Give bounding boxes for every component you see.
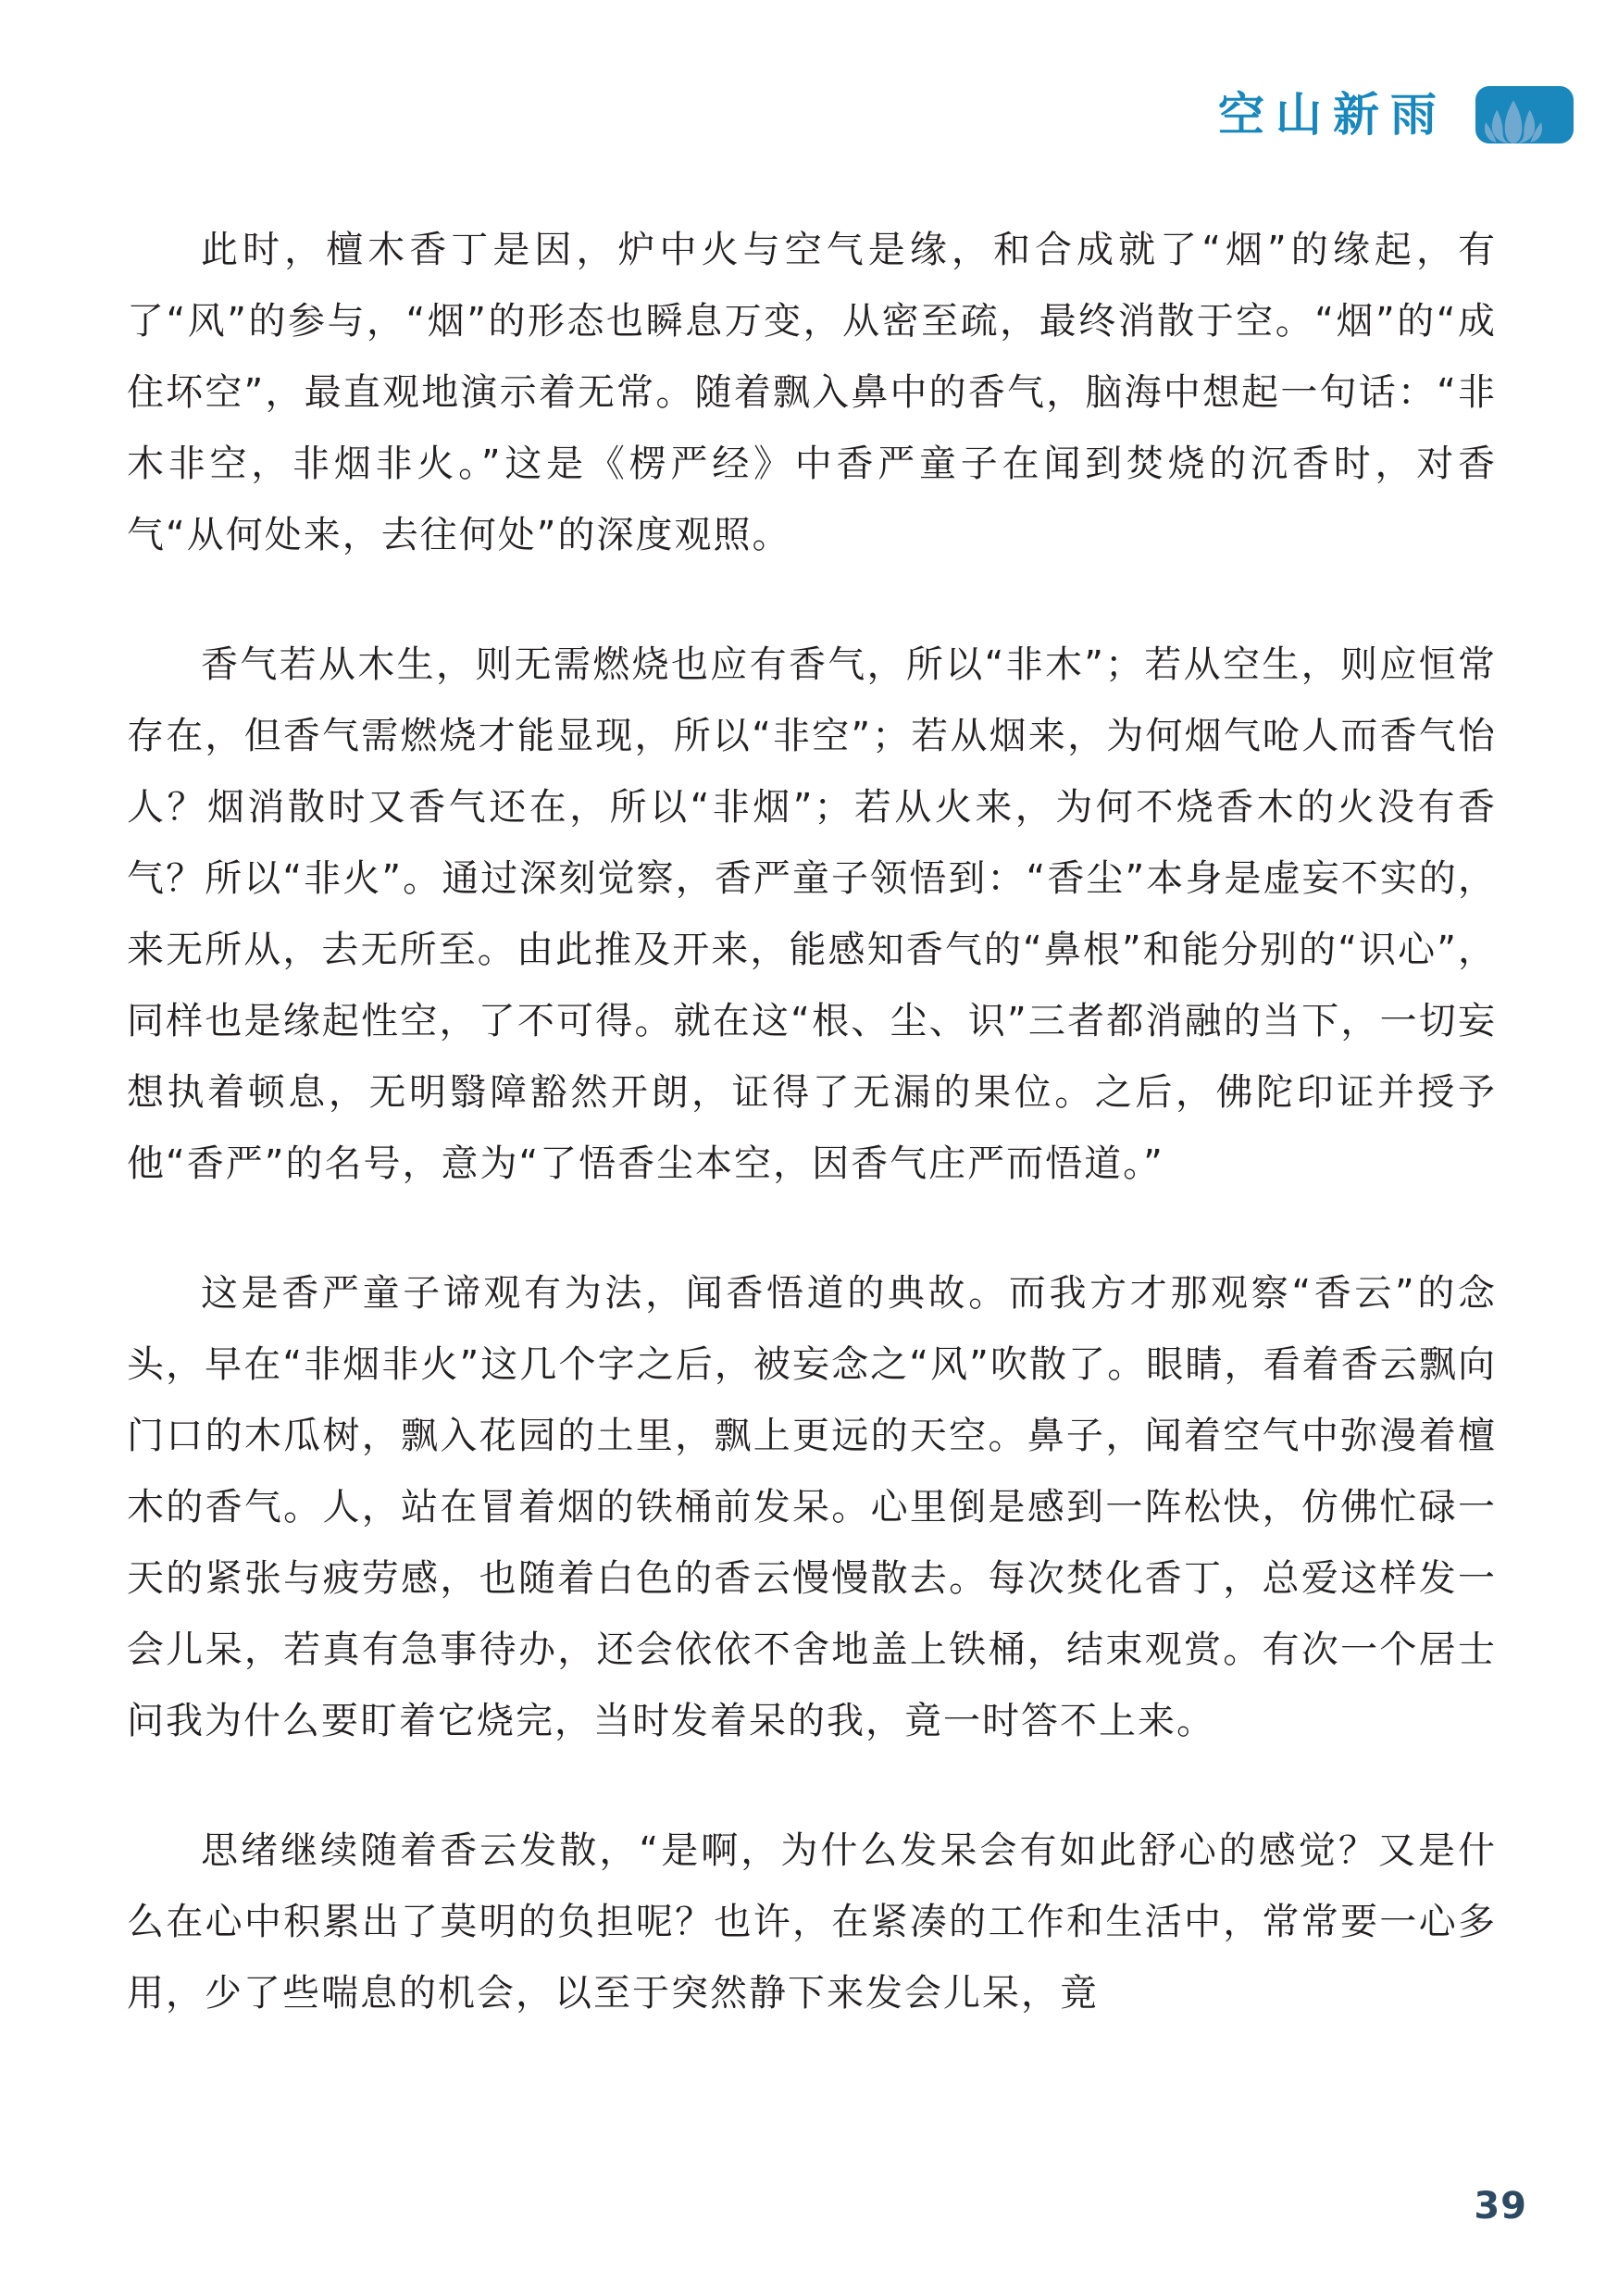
logo-badge [1475, 86, 1574, 143]
page-header: 空山新雨 [1218, 86, 1574, 143]
body-paragraph-1: 此时，檀木香丁是因，炉中火与空气是缘，和合成就了“烟”的缘起，有了“风”的参与，… [127, 215, 1497, 571]
body-paragraph-3: 这是香严童子谛观有为法，闻香悟道的典故。而我方才那观察“香云”的念头，早在“非烟… [127, 1258, 1497, 1757]
page-number: 39 [1474, 2185, 1527, 2227]
body-paragraph-4: 思绪继续随着香云发散，“是啊，为什么发呆会有如此舒心的感觉？又是什么在心中积累出… [127, 1816, 1497, 2029]
body-paragraph-2: 香气若从木生，则无需燃烧也应有香气，所以“非木”；若从空生，则应恒常存在，但香气… [127, 630, 1497, 1200]
page-header-title: 空山新雨 [1218, 86, 1448, 143]
book-page: 空山新雨 此时，檀木香丁是因，炉中火与空气是缘，和合成就了“烟”的缘起，有了“风… [0, 0, 1618, 2296]
body-text: 此时，檀木香丁是因，炉中火与空气是缘，和合成就了“烟”的缘起，有了“风”的参与，… [127, 215, 1497, 2029]
lotus-icon [1483, 97, 1544, 143]
